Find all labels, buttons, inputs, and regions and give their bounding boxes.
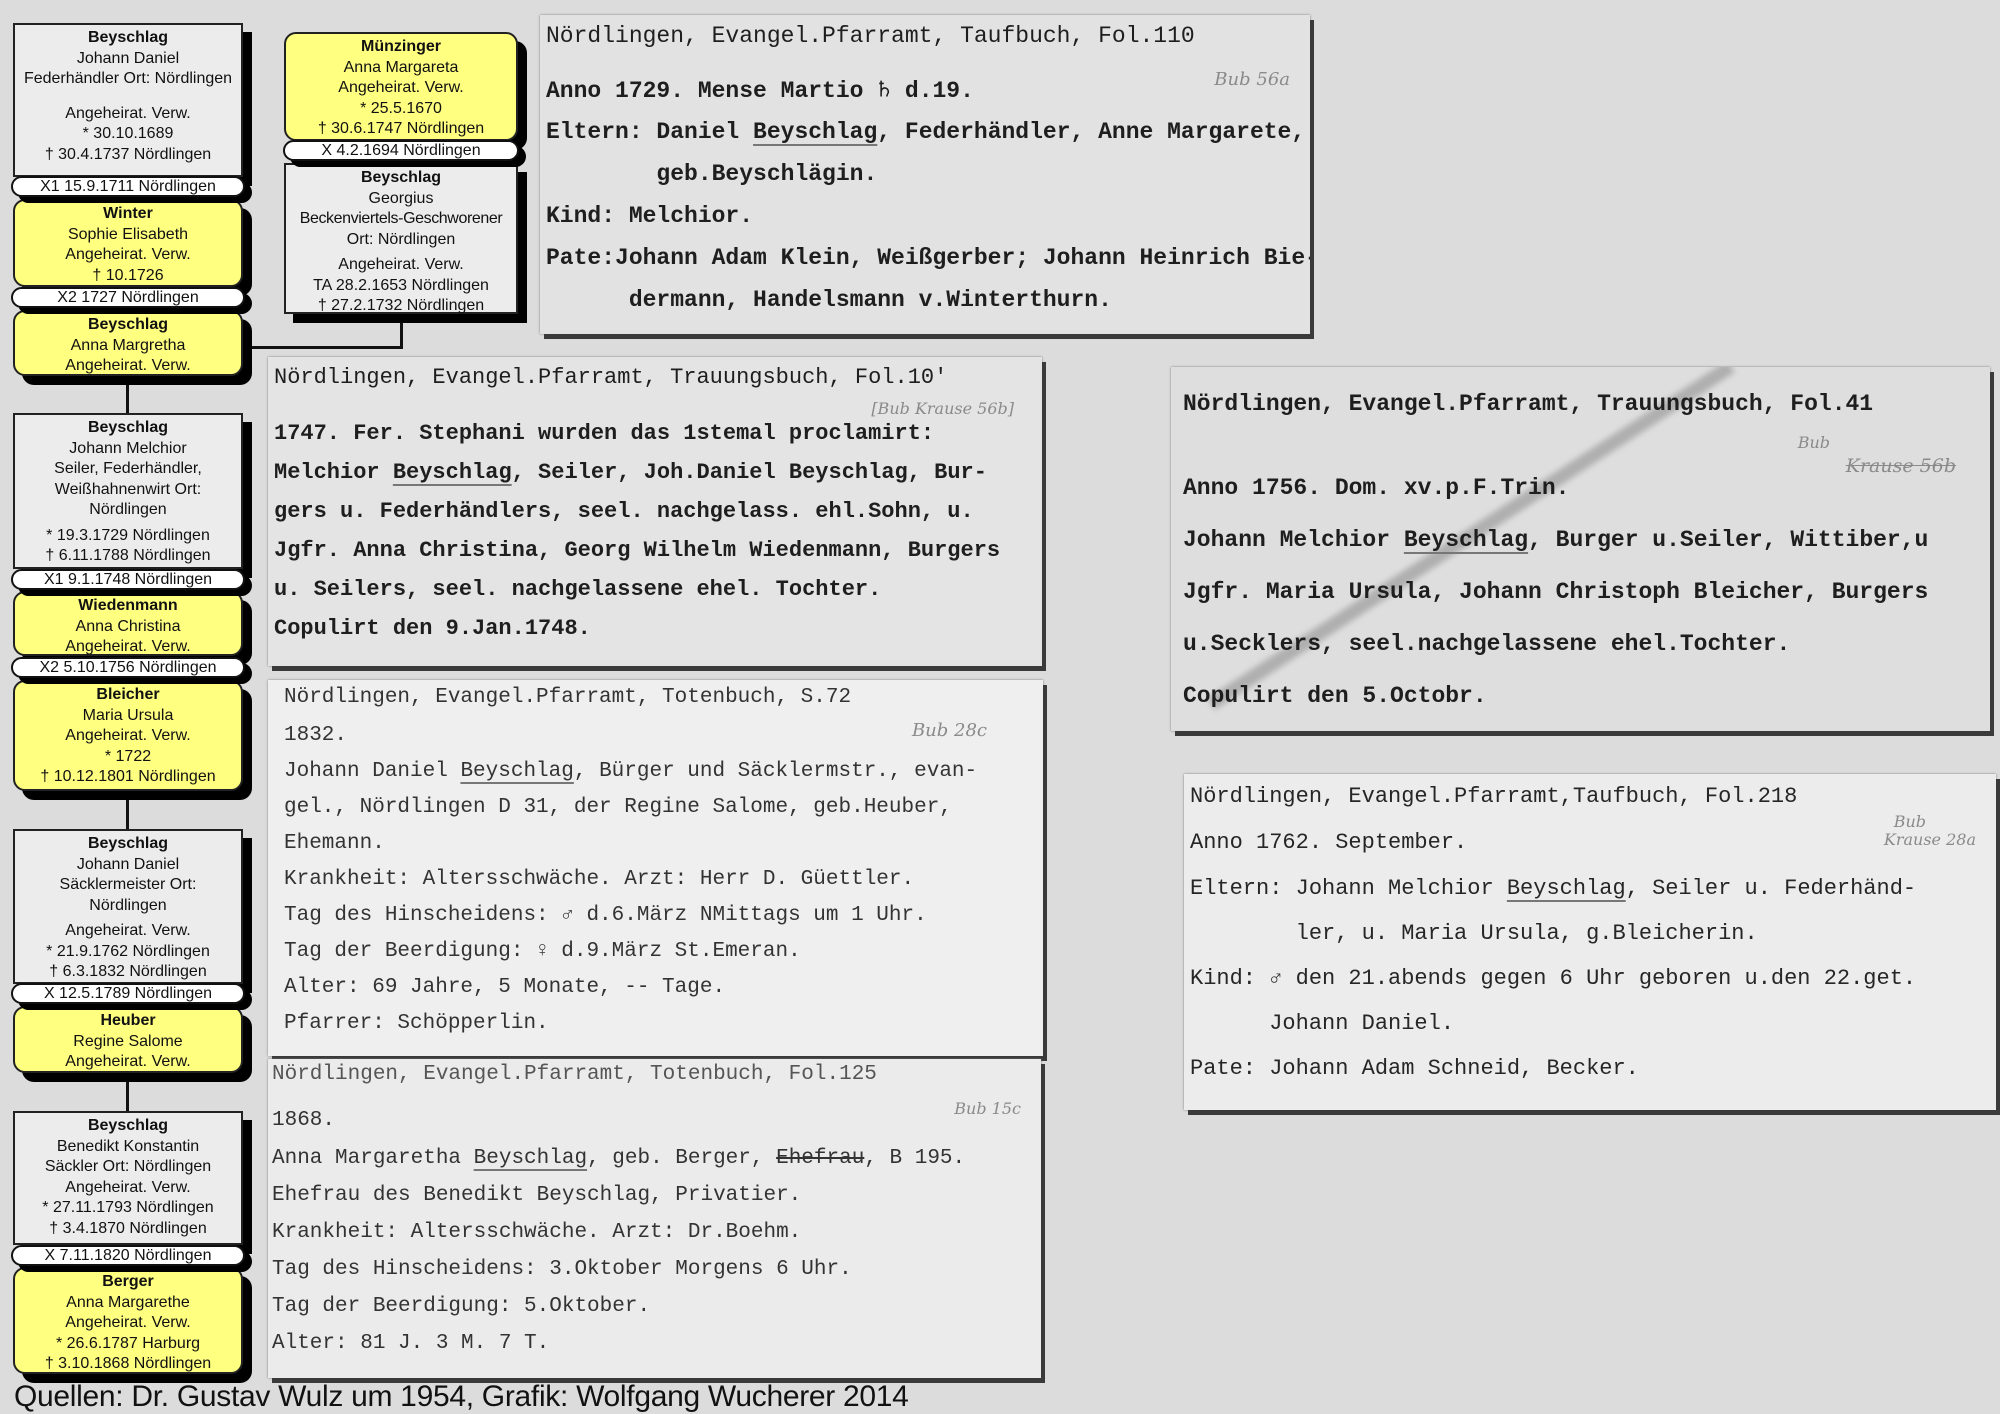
card-line: Ehefrau des Benedikt Beyschlag, Privatie… — [272, 1184, 801, 1207]
given-name: Georgius — [286, 189, 516, 210]
card-line: Pate:Johann Adam Klein, Weißgerber; Joha… — [546, 245, 1310, 271]
relation: Angeheirat. Verw. — [15, 921, 241, 942]
given-name: Sophie Elisabeth — [15, 225, 241, 246]
given-name: Regine Salome — [15, 1032, 241, 1053]
archive-note: Bub — [1798, 433, 1830, 452]
relation: Angeheirat. Verw. — [15, 637, 241, 658]
card-line: Anno 1729. Mense Martio ♄ d.19. — [546, 77, 974, 104]
marriage-pill: X1 9.1.1748 Nördlingen — [11, 569, 245, 590]
occupation: Federhändler Ort: Nördlingen — [15, 69, 241, 90]
occupation-place: Ort: Nördlingen — [286, 230, 516, 251]
card-line: Kind: ♂ den 21.abends gegen 6 Uhr gebore… — [1190, 966, 1916, 991]
birth-date: * 1722 — [15, 747, 241, 768]
card-line: u. Seilers, seel. nachgelassene ehel. To… — [274, 577, 881, 602]
surname: Beyschlag — [286, 168, 516, 189]
relation: Angeheirat. Verw. — [15, 245, 241, 266]
marriage-pill: X 4.2.1694 Nördlingen — [283, 140, 519, 161]
card-line: Jgfr. Anna Christina, Georg Wilhelm Wied… — [274, 538, 1000, 563]
card-header: Nördlingen, Evangel.Pfarramt, Trauungsbu… — [274, 365, 947, 390]
person-johann-melchior-beyschlag[interactable]: Beyschlag Johann Melchior Seiler, Federh… — [13, 413, 243, 569]
birth-date: * 27.11.1793 Nördlingen — [15, 1198, 241, 1219]
surname: Beyschlag — [15, 28, 241, 49]
card-line: Copulirt den 9.Jan.1748. — [274, 616, 591, 641]
person-johann-daniel-beyschlag-1689[interactable]: Beyschlag Johann Daniel Federhändler Ort… — [13, 23, 243, 177]
occupation: Säcklermeister Ort: — [15, 875, 241, 896]
surname: Beyschlag — [15, 834, 241, 855]
card-line: ler, u. Maria Ursula, g.Bleicherin. — [1190, 921, 1758, 946]
card-line: Tag der Beerdigung: 5.Oktober. — [272, 1295, 650, 1318]
occupation: Säckler Ort: Nördlingen — [15, 1157, 241, 1178]
given-name: Johann Melchior — [15, 439, 241, 460]
card-line: gers u. Federhändlers, seel. nachgelass.… — [274, 499, 974, 524]
surname: Beyschlag — [15, 315, 241, 336]
card-header: Nördlingen, Evangel.Pfarramt,Taufbuch, F… — [1190, 784, 1797, 809]
given-name: Anna Margareta — [286, 58, 516, 79]
given-name: Johann Daniel — [15, 49, 241, 70]
card-line: Johann Melchior Beyschlag, Burger u.Seil… — [1183, 527, 1928, 553]
person-georgius-beyschlag[interactable]: Beyschlag Georgius Beckenviertels-Geschw… — [284, 163, 518, 314]
record-card-totenbuch-s72[interactable]: Nördlingen, Evangel.Pfarramt, Totenbuch,… — [268, 680, 1043, 1056]
death-date: † 6.3.1832 Nördlingen — [15, 962, 241, 983]
archive-note: Bub 28c — [912, 720, 987, 741]
record-card-trauungsbuch-10[interactable]: Nördlingen, Evangel.Pfarramt, Trauungsbu… — [268, 357, 1042, 666]
archive-note: Krause 28a — [1884, 830, 1976, 849]
card-line: Ehemann. — [284, 832, 385, 855]
person-regine-salome-heuber[interactable]: Heuber Regine Salome Angeheirat. Verw. — [13, 1006, 243, 1073]
card-line: geb.Beyschlägin. — [546, 161, 877, 187]
connector-gen3-gen4 — [126, 1073, 129, 1111]
surname: Winter — [15, 204, 241, 225]
death-date: † 30.6.1747 Nördlingen — [286, 119, 516, 140]
card-header: Nördlingen, Evangel.Pfarramt, Taufbuch, … — [546, 23, 1195, 49]
source-credits: Quellen: Dr. Gustav Wulz um 1954, Grafik… — [14, 1380, 909, 1414]
card-line: Jgfr. Maria Ursula, Johann Christoph Ble… — [1183, 579, 1928, 605]
relation: Angeheirat. Verw. — [15, 1052, 241, 1073]
card-line: u.Secklers, seel.nachgelassene ehel.Toch… — [1183, 631, 1790, 657]
relation: Angeheirat. Verw. — [15, 1178, 241, 1199]
marriage-pill: X2 5.10.1756 Nördlingen — [11, 657, 245, 678]
record-card-totenbuch-125[interactable]: Nördlingen, Evangel.Pfarramt, Totenbuch,… — [268, 1059, 1041, 1378]
card-line: gel., Nördlingen D 31, der Regine Salome… — [284, 796, 952, 819]
card-line: dermann, Handelsmann v.Winterthurn. — [546, 287, 1112, 313]
relation: Angeheirat. Verw. — [15, 356, 241, 377]
record-card-taufbuch-218[interactable]: Nördlingen, Evangel.Pfarramt,Taufbuch, F… — [1184, 774, 1996, 1110]
card-line: Pfarrer: Schöpperlin. — [284, 1012, 549, 1035]
birth-date: * 19.3.1729 Nördlingen — [15, 526, 241, 547]
card-line: Anno 1762. September. — [1190, 830, 1467, 855]
card-line: Eltern: Daniel Beyschlag, Federhändler, … — [546, 119, 1305, 145]
record-card-taufbuch-110[interactable]: Nördlingen, Evangel.Pfarramt, Taufbuch, … — [540, 15, 1310, 334]
death-date: † 3.4.1870 Nördlingen — [15, 1219, 241, 1240]
birth-date: * 30.10.1689 — [15, 124, 241, 145]
connector-gen1-gen2 — [126, 376, 129, 413]
card-line: Krankheit: Altersschwäche. Arzt: Dr.Boeh… — [272, 1221, 801, 1244]
connector-gen0-vertical — [400, 314, 403, 348]
surname: Beyschlag — [15, 418, 241, 439]
card-line: Tag des Hinscheidens: ♂ d.6.März NMittag… — [284, 904, 927, 927]
card-line: Johann Daniel. — [1190, 1011, 1454, 1036]
card-line: 1832. — [284, 724, 347, 747]
archive-note: Bub 56a — [1214, 69, 1290, 90]
baptism-date: TA 28.2.1653 Nördlingen — [286, 276, 516, 297]
card-line: Anna Margaretha Beyschlag, geb. Berger, … — [272, 1147, 965, 1170]
person-sophie-elisabeth-winter[interactable]: Winter Sophie Elisabeth Angeheirat. Verw… — [13, 199, 243, 287]
record-card-trauungsbuch-41[interactable]: Nördlingen, Evangel.Pfarramt, Trauungsbu… — [1171, 367, 1990, 731]
archive-note: Bub — [1894, 812, 1926, 831]
relation: Angeheirat. Verw. — [286, 78, 516, 99]
marriage-pill: X 12.5.1789 Nördlingen — [11, 983, 245, 1004]
death-date: † 3.10.1868 Nördlingen — [15, 1354, 241, 1375]
given-name: Anna Margarethe — [15, 1293, 241, 1314]
card-line: Pate: Johann Adam Schneid, Becker. — [1190, 1056, 1639, 1081]
card-line: Krankheit: Altersschwäche. Arzt: Herr D.… — [284, 868, 914, 891]
death-date: † 10.1726 — [15, 266, 241, 287]
person-johann-daniel-beyschlag-1762[interactable]: Beyschlag Johann Daniel Säcklermeister O… — [13, 829, 243, 984]
card-header: Nördlingen, Evangel.Pfarramt, Trauungsbu… — [1183, 391, 1873, 417]
marriage-pill: X1 15.9.1711 Nördlingen — [11, 176, 245, 197]
relation: Angeheirat. Verw. — [286, 255, 516, 276]
given-name: Maria Ursula — [15, 706, 241, 727]
relation: Angeheirat. Verw. — [15, 104, 241, 125]
surname: Heuber — [15, 1011, 241, 1032]
person-anna-margareta-muenzinger[interactable]: Münzinger Anna Margareta Angeheirat. Ver… — [284, 32, 518, 141]
card-line: Copulirt den 5.Octobr. — [1183, 683, 1487, 709]
birth-date: * 21.9.1762 Nördlingen — [15, 942, 241, 963]
given-name: Benedikt Konstantin — [15, 1137, 241, 1158]
card-line: Kind: Melchior. — [546, 203, 753, 229]
card-line: Melchior Beyschlag, Seiler, Joh.Daniel B… — [274, 460, 987, 485]
archive-note: [Bub Krause 56b] — [871, 399, 1014, 418]
person-anna-christina-wiedenmann[interactable]: Wiedenmann Anna Christina Angeheirat. Ve… — [13, 591, 243, 656]
relation: Angeheirat. Verw. — [15, 726, 241, 747]
occupation: Beckenviertels-Geschworener — [286, 209, 516, 230]
surname: Beyschlag — [15, 1116, 241, 1137]
card-line: 1868. — [272, 1109, 335, 1132]
card-line: Alter: 69 Jahre, 5 Monate, -- Tage. — [284, 976, 725, 999]
card-line: Anno 1756. Dom. xv.p.F.Trin. — [1183, 475, 1569, 501]
death-date: † 30.4.1737 Nördlingen — [15, 145, 241, 166]
person-anna-margarethe-berger[interactable]: Berger Anna Margarethe Angeheirat. Verw.… — [13, 1267, 243, 1374]
card-line: Tag der Beerdigung: ♀ d.9.März St.Emeran… — [284, 940, 801, 963]
marriage-pill: X 7.11.1820 Nördlingen — [11, 1245, 245, 1266]
surname: Bleicher — [15, 685, 241, 706]
marriage-pill: X2 1727 Nördlingen — [11, 287, 245, 308]
occupation: Seiler, Federhändler, — [15, 459, 241, 480]
person-benedikt-konstantin-beyschlag[interactable]: Beyschlag Benedikt Konstantin Säckler Or… — [13, 1111, 243, 1245]
card-line: 1747. Fer. Stephani wurden das 1stemal p… — [274, 421, 934, 446]
archive-note: Bub 15c — [954, 1099, 1021, 1118]
card-header: Nördlingen, Evangel.Pfarramt, Totenbuch,… — [284, 686, 851, 709]
surname: Münzinger — [286, 37, 516, 58]
death-date: † 10.12.1801 Nördlingen — [15, 767, 241, 788]
connector-gen2-gen3 — [126, 791, 129, 829]
relation: Angeheirat. Verw. — [15, 1313, 241, 1334]
person-maria-ursula-bleicher[interactable]: Bleicher Maria Ursula Angeheirat. Verw. … — [13, 680, 243, 791]
connector-gen0-horizontal — [243, 346, 403, 349]
occupation-place: Nördlingen — [15, 500, 241, 521]
archive-note: Krause 56b — [1846, 455, 1956, 477]
occupation-place: Nördlingen — [15, 896, 241, 917]
surname: Berger — [15, 1272, 241, 1293]
card-header: Nördlingen, Evangel.Pfarramt, Totenbuch,… — [272, 1063, 877, 1086]
birth-date: * 25.5.1670 — [286, 99, 516, 120]
given-name: Anna Christina — [15, 617, 241, 638]
card-line: Johann Daniel Beyschlag, Bürger und Säck… — [284, 760, 977, 783]
occupation: Weißhahnenwirt Ort: — [15, 480, 241, 501]
card-line: Eltern: Johann Melchior Beyschlag, Seile… — [1190, 876, 1916, 901]
card-line: Alter: 81 J. 3 M. 7 T. — [272, 1332, 549, 1355]
birth-date: * 26.6.1787 Harburg — [15, 1334, 241, 1355]
death-date: † 6.11.1788 Nördlingen — [15, 546, 241, 567]
card-line: Tag des Hinscheidens: 3.Oktober Morgens … — [272, 1258, 852, 1281]
given-name: Anna Margretha — [15, 336, 241, 357]
given-name: Johann Daniel — [15, 855, 241, 876]
person-anna-margretha-beyschlag[interactable]: Beyschlag Anna Margretha Angeheirat. Ver… — [13, 310, 243, 376]
death-date: † 27.2.1732 Nördlingen — [286, 296, 516, 317]
surname: Wiedenmann — [15, 596, 241, 617]
